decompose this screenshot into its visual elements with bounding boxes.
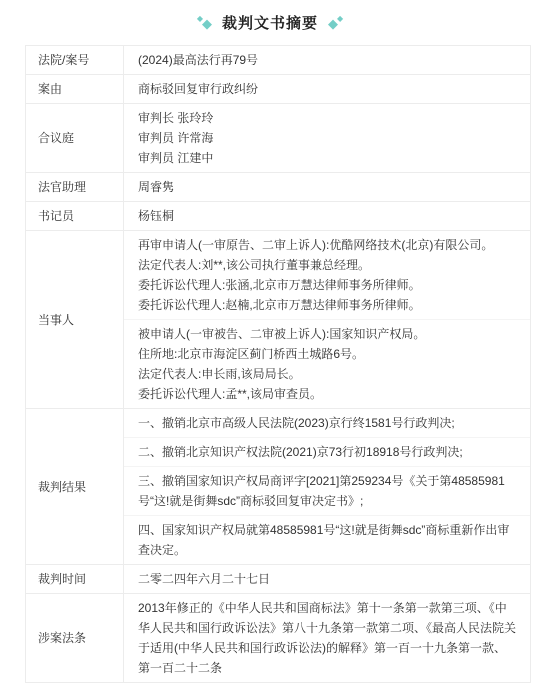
row-label-court-case-no: 法院/案号 [26, 46, 124, 74]
row-value-result: 一、撤销北京市高级人民法院(2023)京行终1581号行政判决;二、撤销北京知识… [124, 409, 530, 564]
table-row-judge-assistant: 法官助理周睿隽 [26, 172, 530, 201]
row-label-clerk: 书记员 [26, 202, 124, 230]
value-line: 委托诉讼代理人:张涵,北京市万慧达律师事务所律师。 [138, 275, 516, 295]
page-title: 裁判文书摘要 [222, 12, 318, 33]
table-row-result: 裁判结果一、撤销北京市高级人民法院(2023)京行终1581号行政判决;二、撤销… [26, 408, 530, 564]
value-line: 一、撤销北京市高级人民法院(2023)京行终1581号行政判决; [138, 413, 516, 433]
row-value-judge-assistant: 周睿隽 [124, 173, 530, 201]
row-label-panel: 合议庭 [26, 104, 124, 172]
row-label-parties: 当事人 [26, 231, 124, 408]
row-value-parties: 再审申请人(一审原告、二审上诉人):优酷网络技术(北京)有限公司。法定代表人:刘… [124, 231, 530, 408]
value-line: 四、国家知识产权局就第48585981号“这!就是街舞sdc”商标重新作出审查决… [138, 520, 516, 560]
value-block: 再审申请人(一审原告、二审上诉人):优酷网络技术(北京)有限公司。法定代表人:刘… [124, 231, 530, 319]
value-block: 二、撤销北京知识产权法院(2021)京73行初18918号行政判决; [124, 437, 530, 466]
value-line: 杨钰桐 [138, 206, 516, 226]
value-line: 再审申请人(一审原告、二审上诉人):优酷网络技术(北京)有限公司。 [138, 235, 516, 255]
table-row-court-case-no: 法院/案号(2024)最高法行再79号 [26, 46, 530, 74]
table-row-parties: 当事人再审申请人(一审原告、二审上诉人):优酷网络技术(北京)有限公司。法定代表… [26, 230, 530, 408]
summary-table: 法院/案号(2024)最高法行再79号案由商标驳回复审行政纠纷合议庭审判长 张玲… [25, 45, 531, 683]
value-line: 法定代表人:刘**,该公司执行董事兼总经理。 [138, 255, 516, 275]
value-block: 周睿隽 [124, 173, 530, 201]
row-value-clerk: 杨钰桐 [124, 202, 530, 230]
value-block: 三、撤销国家知识产权局商评字[2021]第259234号《关于第48585981… [124, 466, 530, 515]
table-row-cause: 案由商标驳回复审行政纠纷 [26, 74, 530, 103]
value-line: 商标驳回复审行政纠纷 [138, 79, 516, 99]
title-decoration-left: ◆ ◆ [197, 16, 212, 29]
table-row-panel: 合议庭审判长 张玲玲审判员 许常海审判员 江建中 [26, 103, 530, 172]
row-value-date: 二零二四年六月二十七日 [124, 565, 530, 593]
judgment-summary-page: ◆ ◆ 裁判文书摘要 ◆ ◆ 法院/案号(2024)最高法行再79号案由商标驳回… [0, 0, 540, 683]
row-label-cause: 案由 [26, 75, 124, 103]
value-block: (2024)最高法行再79号 [124, 46, 530, 74]
diamond-icon: ◆ [337, 15, 343, 23]
summary-table-body: 法院/案号(2024)最高法行再79号案由商标驳回复审行政纠纷合议庭审判长 张玲… [26, 46, 530, 682]
value-line: 被申请人(一审被告、二审被上诉人):国家知识产权局。 [138, 324, 516, 344]
row-value-court-case-no: (2024)最高法行再79号 [124, 46, 530, 74]
value-line: 住所地:北京市海淀区蓟门桥西土城路6号。 [138, 344, 516, 364]
value-line: 委托诉讼代理人:孟**,该局审查员。 [138, 384, 516, 404]
title-bar: ◆ ◆ 裁判文书摘要 ◆ ◆ [0, 0, 540, 43]
table-row-clerk: 书记员杨钰桐 [26, 201, 530, 230]
value-line: 2013年修正的《中华人民共和国商标法》第十一条第一款第三项、《中华人民共和国行… [138, 598, 516, 678]
row-label-date: 裁判时间 [26, 565, 124, 593]
value-line: 审判员 江建中 [138, 148, 516, 168]
value-line: 三、撤销国家知识产权局商评字[2021]第259234号《关于第48585981… [138, 471, 516, 511]
title-decoration-right: ◆ ◆ [328, 16, 343, 29]
value-block: 商标驳回复审行政纠纷 [124, 75, 530, 103]
value-line: 委托诉讼代理人:赵楠,北京市万慧达律师事务所律师。 [138, 295, 516, 315]
row-label-result: 裁判结果 [26, 409, 124, 564]
value-block: 二零二四年六月二十七日 [124, 565, 530, 593]
value-line: 审判员 许常海 [138, 128, 516, 148]
table-row-date: 裁判时间二零二四年六月二十七日 [26, 564, 530, 593]
value-line: 周睿隽 [138, 177, 516, 197]
value-line: 审判长 张玲玲 [138, 108, 516, 128]
value-line: (2024)最高法行再79号 [138, 50, 516, 70]
value-block: 杨钰桐 [124, 202, 530, 230]
value-line: 二、撤销北京知识产权法院(2021)京73行初18918号行政判决; [138, 442, 516, 462]
row-value-cause: 商标驳回复审行政纠纷 [124, 75, 530, 103]
value-block: 审判长 张玲玲审判员 许常海审判员 江建中 [124, 104, 530, 172]
value-block: 一、撤销北京市高级人民法院(2023)京行终1581号行政判决; [124, 409, 530, 437]
row-value-panel: 审判长 张玲玲审判员 许常海审判员 江建中 [124, 104, 530, 172]
value-block: 四、国家知识产权局就第48585981号“这!就是街舞sdc”商标重新作出审查决… [124, 515, 530, 564]
value-line: 法定代表人:申长雨,该局局长。 [138, 364, 516, 384]
row-label-judge-assistant: 法官助理 [26, 173, 124, 201]
value-block: 被申请人(一审被告、二审被上诉人):国家知识产权局。住所地:北京市海淀区蓟门桥西… [124, 319, 530, 408]
diamond-icon: ◆ [202, 17, 212, 30]
value-line: 二零二四年六月二十七日 [138, 569, 516, 589]
